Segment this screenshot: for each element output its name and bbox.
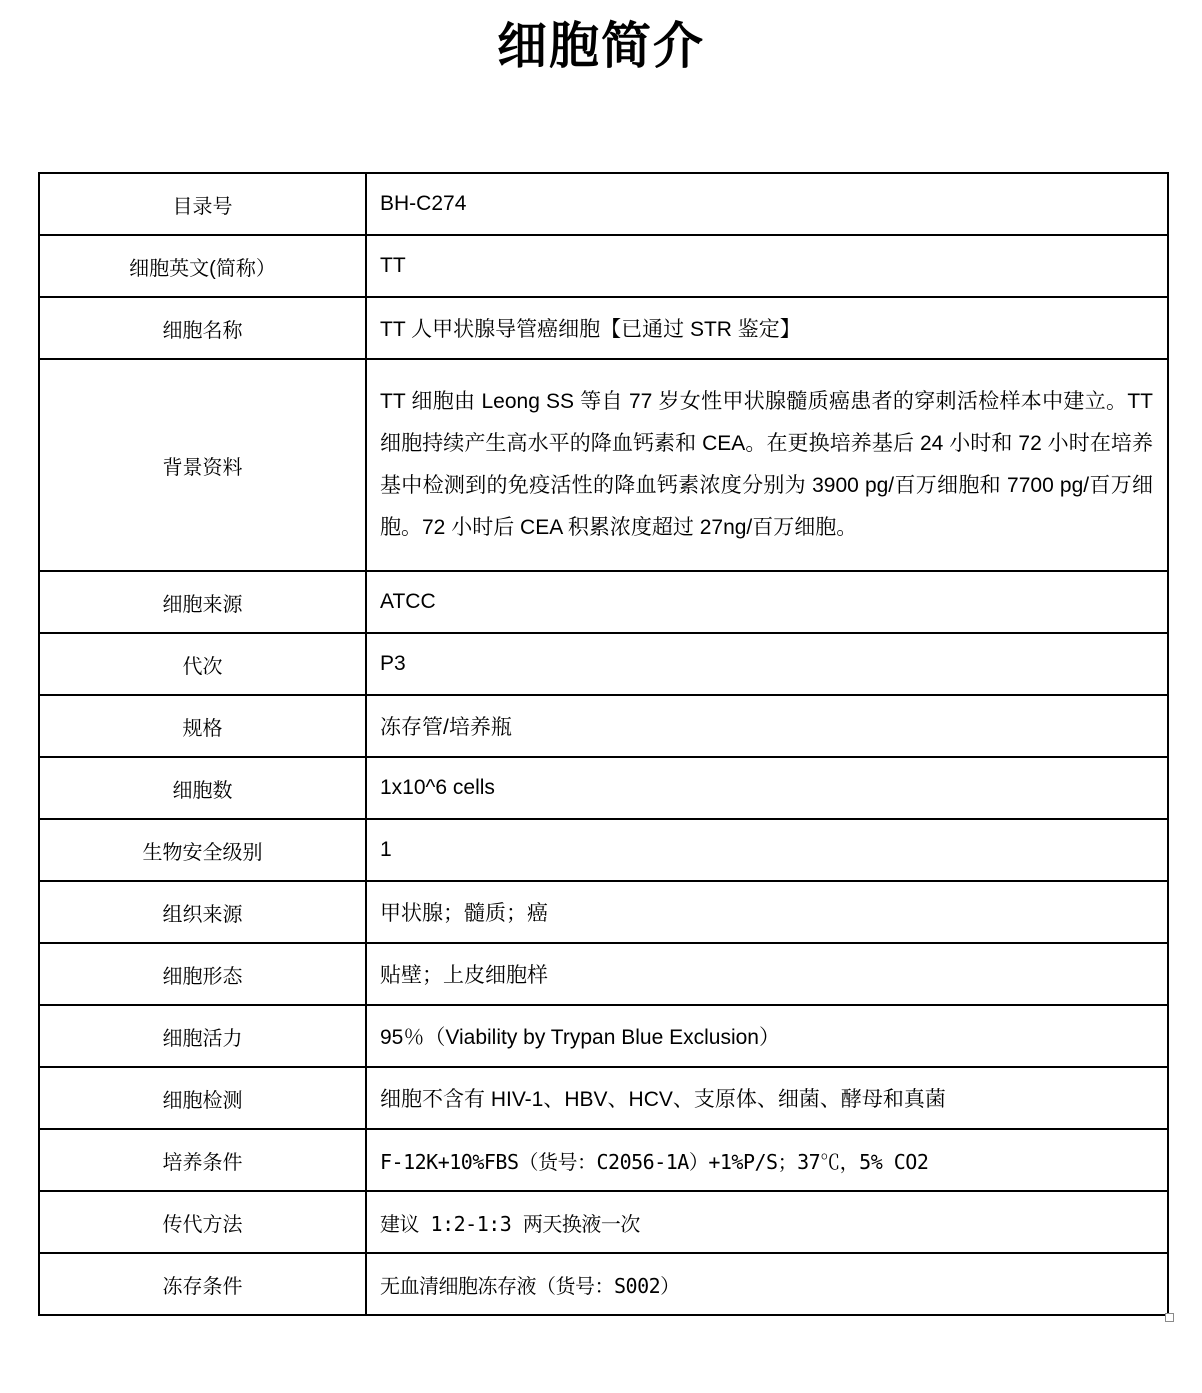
row-label: 细胞名称 bbox=[39, 297, 366, 359]
table-row-cell-source: 细胞来源 ATCC bbox=[39, 571, 1168, 633]
table-row-cell-english-name: 细胞英文(简称） TT bbox=[39, 235, 1168, 297]
cell-info-table: 目录号 BH-C274 细胞英文(简称） TT 细胞名称 TT 人甲状腺导管癌细… bbox=[38, 172, 1169, 1316]
row-value: BH-C274 bbox=[366, 173, 1168, 235]
row-value: 1x10^6 cells bbox=[366, 757, 1168, 819]
row-label: 培养条件 bbox=[39, 1129, 366, 1191]
row-label: 传代方法 bbox=[39, 1191, 366, 1253]
table-row-cell-name: 细胞名称 TT 人甲状腺导管癌细胞【已通过 STR 鉴定】 bbox=[39, 297, 1168, 359]
row-label: 背景资料 bbox=[39, 359, 366, 571]
table-row-background-info: 背景资料 TT 细胞由 Leong SS 等自 77 岁女性甲状腺髓质癌患者的穿… bbox=[39, 359, 1168, 571]
row-value: TT bbox=[366, 235, 1168, 297]
table-row-tissue-source: 组织来源 甲状腺；髓质；癌 bbox=[39, 881, 1168, 943]
row-value: TT 细胞由 Leong SS 等自 77 岁女性甲状腺髓质癌患者的穿刺活检样本… bbox=[366, 359, 1168, 571]
row-value: 贴壁；上皮细胞样 bbox=[366, 943, 1168, 1005]
row-value: 1 bbox=[366, 819, 1168, 881]
row-value: TT 人甲状腺导管癌细胞【已通过 STR 鉴定】 bbox=[366, 297, 1168, 359]
table-row-catalog-number: 目录号 BH-C274 bbox=[39, 173, 1168, 235]
row-label: 细胞数 bbox=[39, 757, 366, 819]
row-value: 细胞不含有 HIV-1、HBV、HCV、支原体、细菌、酵母和真菌 bbox=[366, 1067, 1168, 1129]
row-value: 甲状腺；髓质；癌 bbox=[366, 881, 1168, 943]
table-row-culture-conditions: 培养条件 F-12K+10%FBS（货号：C2056-1A）+1%P/S；37℃… bbox=[39, 1129, 1168, 1191]
table-row-cryopreservation-conditions: 冻存条件 无血清细胞冻存液（货号：S002） bbox=[39, 1253, 1168, 1315]
row-value: 95％（Viability by Trypan Blue Exclusion） bbox=[366, 1005, 1168, 1067]
row-label: 细胞检测 bbox=[39, 1067, 366, 1129]
row-label: 生物安全级别 bbox=[39, 819, 366, 881]
row-label: 组织来源 bbox=[39, 881, 366, 943]
row-label: 代次 bbox=[39, 633, 366, 695]
table-row-passaging-method: 传代方法 建议 1:2-1:3 两天换液一次 bbox=[39, 1191, 1168, 1253]
row-label: 细胞形态 bbox=[39, 943, 366, 1005]
table-row-specification: 规格 冻存管/培养瓶 bbox=[39, 695, 1168, 757]
row-label: 目录号 bbox=[39, 173, 366, 235]
row-value: P3 bbox=[366, 633, 1168, 695]
table-resize-handle-icon[interactable] bbox=[1165, 1313, 1174, 1322]
table-row-cell-count: 细胞数 1x10^6 cells bbox=[39, 757, 1168, 819]
row-value: 无血清细胞冻存液（货号：S002） bbox=[366, 1253, 1168, 1315]
document-page: 细胞简介 目录号 BH-C274 细胞英文(简称） TT 细胞名称 TT 人甲状… bbox=[0, 0, 1202, 1393]
page-title: 细胞简介 bbox=[0, 12, 1202, 80]
row-value: F-12K+10%FBS（货号：C2056-1A）+1%P/S；37℃，5% C… bbox=[366, 1129, 1168, 1191]
row-label: 细胞活力 bbox=[39, 1005, 366, 1067]
table-row-passage: 代次 P3 bbox=[39, 633, 1168, 695]
row-value: 建议 1:2-1:3 两天换液一次 bbox=[366, 1191, 1168, 1253]
table-row-cell-testing: 细胞检测 细胞不含有 HIV-1、HBV、HCV、支原体、细菌、酵母和真菌 bbox=[39, 1067, 1168, 1129]
table-row-cell-viability: 细胞活力 95％（Viability by Trypan Blue Exclus… bbox=[39, 1005, 1168, 1067]
row-value: 冻存管/培养瓶 bbox=[366, 695, 1168, 757]
row-label: 规格 bbox=[39, 695, 366, 757]
row-label: 冻存条件 bbox=[39, 1253, 366, 1315]
row-label: 细胞来源 bbox=[39, 571, 366, 633]
table-row-biosafety-level: 生物安全级别 1 bbox=[39, 819, 1168, 881]
row-value: ATCC bbox=[366, 571, 1168, 633]
table-row-cell-morphology: 细胞形态 贴壁；上皮细胞样 bbox=[39, 943, 1168, 1005]
row-label: 细胞英文(简称） bbox=[39, 235, 366, 297]
